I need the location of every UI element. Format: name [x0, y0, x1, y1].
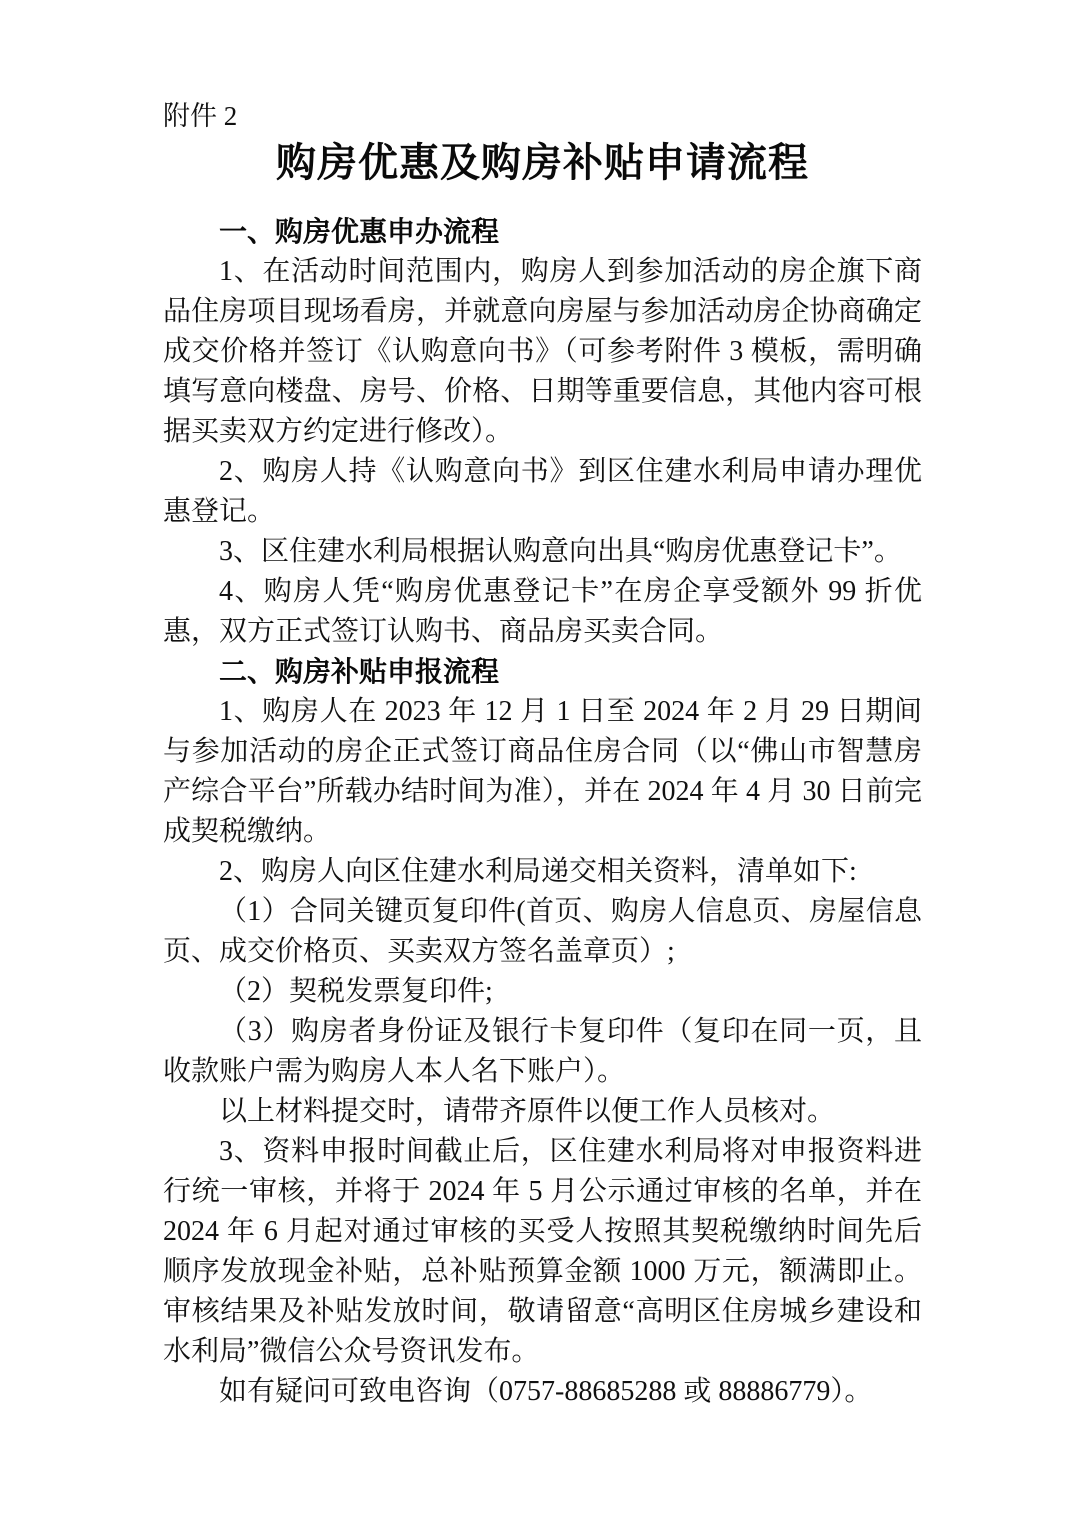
section-discount-process: 一、购房优惠申办流程 1、在活动时间范围内，购房人到参加活动的房企旗下商品住房项… — [163, 212, 922, 652]
document-page: 附件 2 购房优惠及购房补贴申请流程 一、购房优惠申办流程 1、在活动时间范围内… — [0, 0, 1080, 1527]
section-heading-1: 一、购房优惠申办流程 — [163, 212, 922, 252]
paragraph-contact: 如有疑问可致电咨询（0757-88685288 或 88886779）。 — [163, 1372, 922, 1412]
paragraph-list-item: （2）契税发票复印件; — [163, 972, 922, 1012]
attachment-label: 附件 2 — [163, 98, 922, 134]
paragraph: 2、购房人持《认购意向书》到区住建水利局申请办理优惠登记。 — [163, 452, 922, 532]
section-heading-2: 二、购房补贴申报流程 — [163, 652, 922, 692]
paragraph-list-item: （1）合同关键页复印件(首页、购房人信息页、房屋信息页、成交价格页、买卖双方签名… — [163, 892, 922, 972]
paragraph: 1、购房人在 2023 年 12 月 1 日至 2024 年 2 月 29 日期… — [163, 692, 922, 852]
paragraph: 以上材料提交时，请带齐原件以便工作人员核对。 — [163, 1092, 922, 1132]
paragraph: 4、购房人凭“购房优惠登记卡”在房企享受额外 99 折优惠，双方正式签订认购书、… — [163, 572, 922, 652]
paragraph: 1、在活动时间范围内，购房人到参加活动的房企旗下商品住房项目现场看房，并就意向房… — [163, 252, 922, 452]
paragraph: 2、购房人向区住建水利局递交相关资料，清单如下: — [163, 852, 922, 892]
paragraph: 3、区住建水利局根据认购意向出具“购房优惠登记卡”。 — [163, 532, 922, 572]
paragraph-list-item: （3）购房者身份证及银行卡复印件（复印在同一页，且收款账户需为购房人本人名下账户… — [163, 1012, 922, 1092]
page-title: 购房优惠及购房补贴申请流程 — [163, 136, 922, 190]
paragraph: 3、资料申报时间截止后，区住建水利局将对申报资料进行统一审核，并将于 2024 … — [163, 1132, 922, 1372]
section-subsidy-process: 二、购房补贴申报流程 1、购房人在 2023 年 12 月 1 日至 2024 … — [163, 652, 922, 1412]
